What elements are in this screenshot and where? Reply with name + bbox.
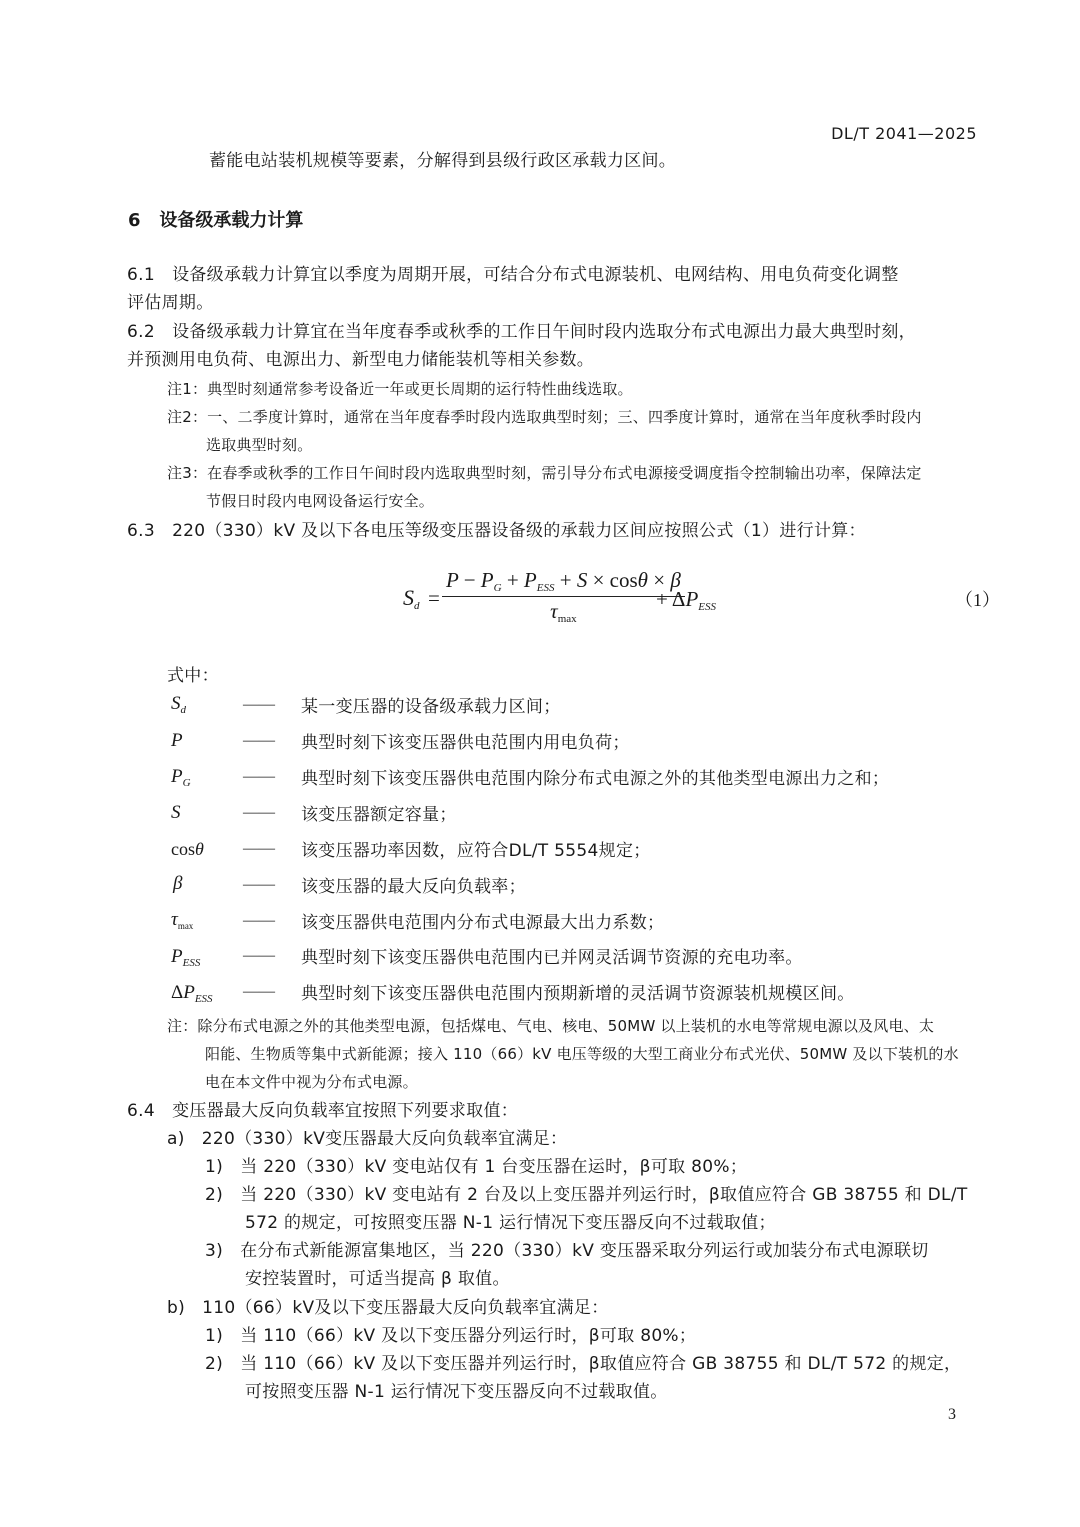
- list-text: 当 220（330）kV 变电站仅有 1 台变压器在运时，β可取 80%；: [240, 1157, 747, 1177]
- def-description: 该变压器额定容量；: [301, 801, 457, 829]
- clause-text: 变压器最大反向负载率宜按照下列要求取值：: [172, 1101, 518, 1121]
- list-text: 在分布式新能源富集地区，当 220（330）kV 变压器采取分列运行或加装分布式…: [240, 1241, 928, 1261]
- note-text: 除分布式电源之外的其他类型电源，包括煤电、气电、核电、50MW 以上装机的水电等…: [197, 1017, 934, 1035]
- list-item-a-2: 2) 当 220（330）kV 变电站有 2 台及以上变压器并列运行时，β取值应…: [205, 1181, 968, 1209]
- clause-number: 6.1: [127, 265, 155, 285]
- note-2: 注2：一、二季度计算时，通常在当年度春季时段内选取典型时刻；三、四季度计算时，通…: [167, 403, 922, 431]
- list-item-b-2-cont: 可按照变压器 N-1 运行情况下变压器反向不过载取值。: [245, 1378, 668, 1406]
- formula-fraction: P − PG + PESS + S × cosθ × β τmax: [442, 568, 685, 625]
- note-2-cont: 选取典型时刻。: [206, 431, 312, 459]
- list-text: 当 110（66）kV 及以下变压器并列运行时，β取值应符合 GB 38755 …: [240, 1354, 961, 1374]
- formula-lhs: Sd: [403, 585, 420, 612]
- note-formula-cont: 电在本文件中视为分布式电源。: [205, 1068, 418, 1096]
- page-number: 3: [948, 1406, 956, 1424]
- list-label: b): [167, 1298, 185, 1318]
- def-symbol: τmax: [171, 909, 193, 931]
- def-description: 该变压器供电范围内分布式电源最大出力系数；: [301, 909, 664, 937]
- list-label: 2): [205, 1185, 223, 1205]
- clause-6-1: 6.1 设备级承载力计算宜以季度为周期开展，可结合分布式电源装机、电网结构、用电…: [127, 261, 899, 289]
- def-symbol: P: [171, 730, 183, 752]
- clause-text: 220（330）kV 及以下各电压等级变压器设备级的承载力区间应按照公式（1）进…: [172, 521, 866, 541]
- def-symbol: cosθ: [171, 839, 204, 860]
- def-symbol: ΔPESS: [171, 982, 213, 1005]
- def-dash: ——: [243, 732, 275, 750]
- section-number: 6: [128, 210, 141, 231]
- note-3-cont: 节假日时段内电网设备运行安全。: [206, 487, 434, 515]
- formula-equals: =: [428, 586, 440, 611]
- list-text: 当 220（330）kV 变电站有 2 台及以上变压器并列运行时，β取值应符合 …: [240, 1185, 967, 1205]
- formula-numerator: P − PG + PESS + S × cosθ × β: [442, 568, 685, 597]
- list-item-b: b) 110（66）kV及以下变压器最大反向负载率宜满足：: [167, 1294, 609, 1322]
- def-description: 典型时刻下该变压器供电范围内预期新增的灵活调节资源装机规模区间。: [301, 980, 855, 1008]
- note-text: 一、二季度计算时，通常在当年度春季时段内选取典型时刻；三、四季度计算时，通常在当…: [207, 408, 921, 426]
- def-dash: ——: [243, 983, 275, 1001]
- clause-number: 6.2: [127, 322, 155, 342]
- continuation-text: 蓄能电站装机规模等要素，分解得到县级行政区承载力区间。: [209, 147, 676, 175]
- def-dash: ——: [243, 804, 275, 822]
- list-item-a-1: 1) 当 220（330）kV 变电站仅有 1 台变压器在运时，β可取 80%；: [205, 1153, 747, 1181]
- clause-6-2-cont: 并预测用电负荷、电源出力、新型电力储能装机等相关参数。: [127, 346, 594, 374]
- formula-denominator: τmax: [550, 597, 576, 625]
- list-item-b-1: 1) 当 110（66）kV 及以下变压器分列运行时，β可取 80%；: [205, 1322, 696, 1350]
- note-3: 注3：在春季或秋季的工作日午间时段内选取典型时刻，需引导分布式电源接受调度指令控…: [167, 459, 922, 487]
- def-dash: ——: [243, 876, 275, 894]
- note-text: 在春季或秋季的工作日午间时段内选取典型时刻，需引导分布式电源接受调度指令控制输出…: [207, 464, 921, 482]
- note-label: 注1：: [167, 380, 207, 398]
- document-code: DL/T 2041—2025: [831, 124, 977, 143]
- list-item-a-2-cont: 572 的规定，可按照变压器 N-1 运行情况下变压器反向不过载取值；: [245, 1209, 776, 1237]
- list-label: a): [167, 1129, 185, 1149]
- def-description: 该变压器的最大反向负载率；: [301, 873, 526, 901]
- clause-6-2: 6.2 设备级承载力计算宜在当年度春季或秋季的工作日午间时段内选取分布式电源出力…: [127, 318, 916, 346]
- note-formula-cont: 阳能、生物质等集中式新能源；接入 110（66）kV 电压等级的大型工商业分布式…: [205, 1040, 959, 1068]
- def-dash: ——: [243, 768, 275, 786]
- list-text: 110（66）kV及以下变压器最大反向负载率宜满足：: [202, 1298, 608, 1318]
- formula-lhs-sub: d: [414, 600, 420, 612]
- where-label: 式中：: [167, 662, 219, 690]
- section-heading: 6 设备级承载力计算: [128, 206, 303, 232]
- clause-text: 设备级承载力计算宜在当年度春季或秋季的工作日午间时段内选取分布式电源出力最大典型…: [172, 322, 916, 342]
- list-label: 3): [205, 1241, 223, 1261]
- list-item-a-3: 3) 在分布式新能源富集地区，当 220（330）kV 变压器采取分列运行或加装…: [205, 1237, 929, 1265]
- clause-6-1-cont: 评估周期。: [127, 289, 214, 317]
- list-label: 1): [205, 1157, 223, 1177]
- list-text: 当 110（66）kV 及以下变压器分列运行时，β可取 80%；: [240, 1326, 696, 1346]
- def-description: 典型时刻下该变压器供电范围内用电负荷；: [301, 729, 630, 757]
- def-description: 某一变压器的设备级承载力区间；: [301, 693, 561, 721]
- def-dash: ——: [243, 947, 275, 965]
- formula-number: （1）: [955, 586, 1000, 612]
- note-label: 注：: [167, 1017, 197, 1035]
- clause-number: 6.3: [127, 521, 155, 541]
- def-description: 该变压器功率因数，应符合DL/T 5554规定；: [301, 837, 651, 865]
- def-symbol: S: [171, 802, 181, 824]
- list-text: 220（330）kV变压器最大反向负载率宜满足：: [202, 1129, 568, 1149]
- clause-number: 6.4: [127, 1101, 155, 1121]
- def-symbol: β: [173, 873, 182, 895]
- list-label: 1): [205, 1326, 223, 1346]
- clause-6-3: 6.3 220（330）kV 及以下各电压等级变压器设备级的承载力区间应按照公式…: [127, 517, 866, 545]
- list-item-b-2: 2) 当 110（66）kV 及以下变压器并列运行时，β取值应符合 GB 387…: [205, 1350, 961, 1378]
- def-description: 典型时刻下该变压器供电范围内除分布式电源之外的其他类型电源出力之和；: [301, 765, 889, 793]
- def-dash: ——: [243, 912, 275, 930]
- clause-6-4: 6.4 变压器最大反向负载率宜按照下列要求取值：: [127, 1097, 518, 1125]
- def-dash: ——: [243, 696, 275, 714]
- list-item-a: a) 220（330）kV变压器最大反向负载率宜满足：: [167, 1125, 567, 1153]
- list-label: 2): [205, 1354, 223, 1374]
- def-symbol: PG: [171, 766, 191, 789]
- clause-text: 设备级承载力计算宜以季度为周期开展，可结合分布式电源装机、电网结构、用电负荷变化…: [172, 265, 899, 285]
- def-dash: ——: [243, 840, 275, 858]
- note-text: 典型时刻通常参考设备近一年或更长周期的运行特性曲线选取。: [207, 380, 633, 398]
- section-title: 设备级承载力计算: [159, 210, 303, 231]
- def-symbol: PESS: [171, 946, 200, 969]
- note-formula: 注：除分布式电源之外的其他类型电源，包括煤电、气电、核电、50MW 以上装机的水…: [167, 1012, 934, 1040]
- note-label: 注3：: [167, 464, 207, 482]
- formula-tail: + ΔPESS: [656, 587, 716, 613]
- note-label: 注2：: [167, 408, 207, 426]
- note-1: 注1：典型时刻通常参考设备近一年或更长周期的运行特性曲线选取。: [167, 375, 633, 403]
- def-symbol: Sd: [171, 693, 186, 716]
- def-description: 典型时刻下该变压器供电范围内已并网灵活调节资源的充电功率。: [301, 944, 803, 972]
- list-item-a-3-cont: 安控装置时，可适当提高 β 取值。: [245, 1265, 510, 1293]
